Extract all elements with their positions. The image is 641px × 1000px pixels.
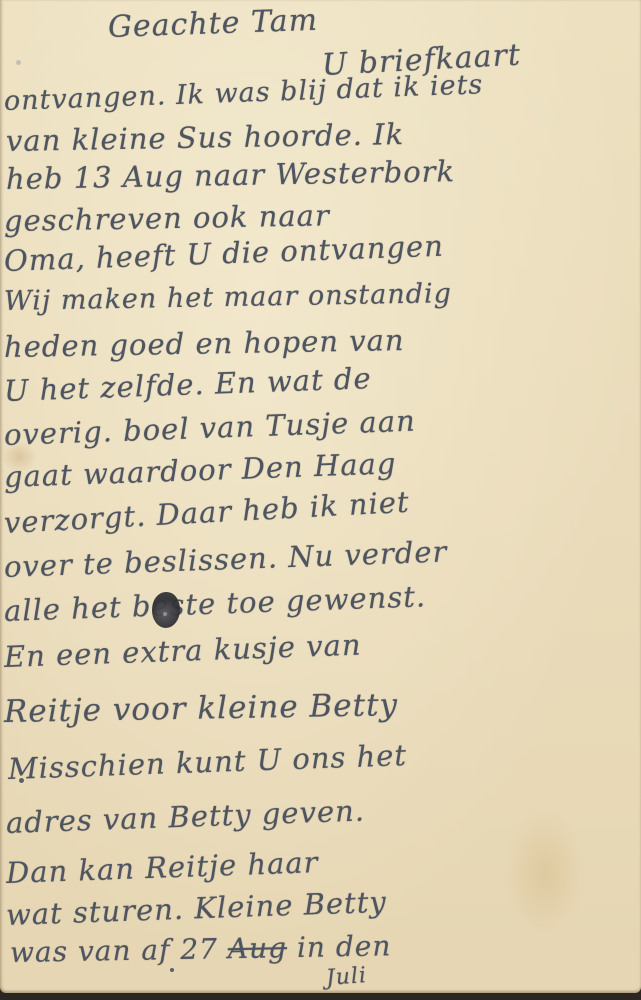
handwritten-line: En een extra kusje van	[3, 628, 362, 674]
handwritten-line: alle het beste toe gewenst.	[3, 579, 426, 628]
ink-dot	[170, 968, 174, 972]
handwritten-line: Dan kan Reitje haar	[5, 845, 319, 890]
handwritten-line: Misschien kunt U ons het	[7, 738, 407, 786]
handwritten-line: verzorgt. Daar heb ik niet	[3, 485, 410, 540]
handwritten-line: over te beslissen. Nu verder	[3, 535, 448, 584]
handwritten-line: was van af 27 Aug in den	[10, 929, 392, 969]
handwritten-line: heb 13 Aug naar Westerbork	[6, 154, 456, 196]
ink-blot	[152, 592, 180, 628]
handwritten-line: Geachte Tam	[107, 3, 318, 45]
struck-word: Aug	[228, 931, 288, 965]
handwritten-line: heden goed en hopen van	[4, 323, 405, 364]
handwritten-line: ontvangen. Ik was blij dat ik iets	[3, 69, 483, 117]
handwritten-line: U het zelfde. En wat de	[3, 361, 372, 408]
postcard-back: Geachte TamU briefkaartontvangen. Ik was…	[0, 0, 641, 993]
handwritten-line: geschreven ook naar	[4, 198, 330, 238]
ink-dot	[19, 778, 24, 783]
handwritten-line: wat sturen. Kleine Betty	[5, 885, 387, 932]
paper-speck	[16, 60, 21, 65]
handwritten-line: Wij maken het maar onstandig	[4, 278, 452, 317]
handwritten-line: Juli	[325, 963, 368, 991]
handwritten-line: adres van Betty geven.	[5, 793, 365, 840]
handwritten-line: gaat waardoor Den Haag	[3, 446, 397, 494]
handwritten-line: overig. boel van Tusje aan	[3, 404, 416, 452]
handwritten-line: Reitje voor kleine Betty	[4, 687, 399, 730]
handwritten-line: van kleine Sus hoorde. Ik	[6, 117, 405, 158]
